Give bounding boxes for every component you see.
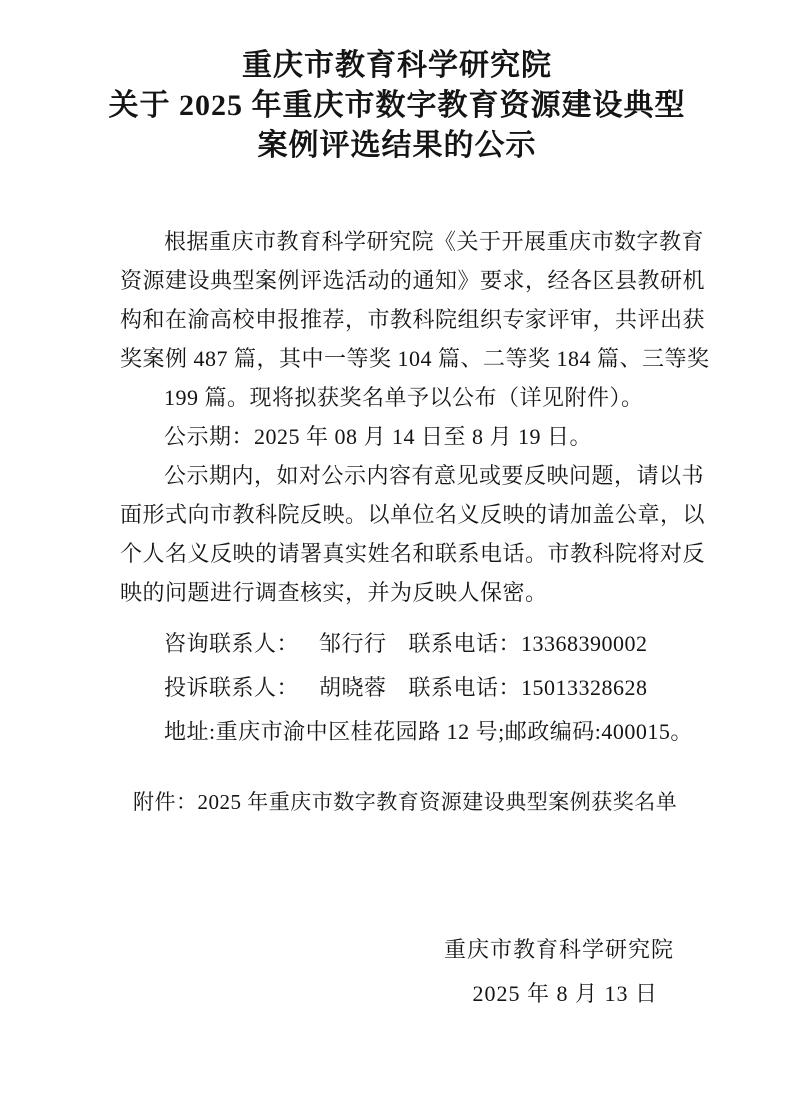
document-title-line-2: 关于 2025 年重庆市数字教育资源建设典型 bbox=[0, 86, 794, 126]
document-title: 重庆市教育科学研究院 关于 2025 年重庆市数字教育资源建设典型 案例评选结果… bbox=[0, 0, 794, 166]
body-line: 个人名义反映的请署真实姓名和联系电话。市教科院将对反 bbox=[120, 534, 686, 573]
consult-phone-number: 13368390002 bbox=[521, 631, 648, 656]
complaint-phone-number: 15013328628 bbox=[521, 675, 648, 700]
body-line: 根据重庆市教育科学研究院《关于开展重庆市数字教育 bbox=[120, 222, 686, 261]
body-line: 映的问题进行调查核实，并为反映人保密。 bbox=[120, 573, 686, 612]
announcement-document-page: 重庆市教育科学研究院 关于 2025 年重庆市数字教育资源建设典型 案例评选结果… bbox=[0, 0, 794, 1108]
complaint-contact-name: 胡晓蓉 bbox=[319, 675, 387, 700]
document-title-line-3: 案例评选结果的公示 bbox=[0, 126, 794, 166]
paragraph-evaluation-results: 根据重庆市教育科学研究院《关于开展重庆市数字教育 资源建设典型案例评选活动的通知… bbox=[120, 222, 686, 417]
body-line: 199 篇。现将拟获奖名单予以公布（详见附件）。 bbox=[120, 378, 686, 417]
body-line: 资源建设典型案例评选活动的通知》要求，经各区县教研机 bbox=[120, 261, 686, 300]
address-line: 地址:重庆市渝中区桂花园路 12 号;邮政编码:400015。 bbox=[120, 710, 686, 754]
body-line: 面形式向市教科院反映。以单位名义反映的请加盖公章，以 bbox=[120, 495, 686, 534]
attachment-reference-line: 附件：2025 年重庆市数字教育资源建设典型案例获奖名单 bbox=[120, 787, 686, 817]
signature-block: 重庆市教育科学研究院 2025 年 8 月 13 日 bbox=[120, 928, 686, 1016]
publicity-period-line: 公示期：2025 年 08 月 14 日至 8 月 19 日。 bbox=[120, 417, 686, 456]
body-line: 构和在渝高校申报推荐，市教科院组织专家评审，共评出获 bbox=[120, 300, 686, 339]
complaint-phone-label: 联系电话： bbox=[409, 675, 522, 700]
complaint-contact-label: 投诉联系人： bbox=[164, 675, 299, 700]
body-line: 奖案例 487 篇，其中一等奖 104 篇、二等奖 184 篇、三等奖 bbox=[120, 339, 686, 378]
paragraph-feedback-instructions: 公示期内，如对公示内容有意见或要反映问题，请以书 面形式向市教科院反映。以单位名… bbox=[120, 456, 686, 612]
body-line: 公示期内，如对公示内容有意见或要反映问题，请以书 bbox=[120, 456, 686, 495]
document-title-line-1: 重庆市教育科学研究院 bbox=[0, 46, 794, 86]
consult-contact-label: 咨询联系人： bbox=[164, 631, 299, 656]
consult-contact-name: 邹行行 bbox=[319, 631, 387, 656]
document-body: 根据重庆市教育科学研究院《关于开展重庆市数字教育 资源建设典型案例评选活动的通知… bbox=[120, 222, 686, 1016]
contact-info-section: 咨询联系人：邹行行联系电话：13368390002 投诉联系人：胡晓蓉联系电话：… bbox=[120, 622, 686, 754]
consult-phone-label: 联系电话： bbox=[409, 631, 522, 656]
signature-organization: 重庆市教育科学研究院 bbox=[120, 928, 686, 972]
consult-contact-line: 咨询联系人：邹行行联系电话：13368390002 bbox=[120, 622, 686, 666]
complaint-contact-line: 投诉联系人：胡晓蓉联系电话：15013328628 bbox=[120, 666, 686, 710]
signature-date: 2025 年 8 月 13 日 bbox=[120, 972, 686, 1016]
